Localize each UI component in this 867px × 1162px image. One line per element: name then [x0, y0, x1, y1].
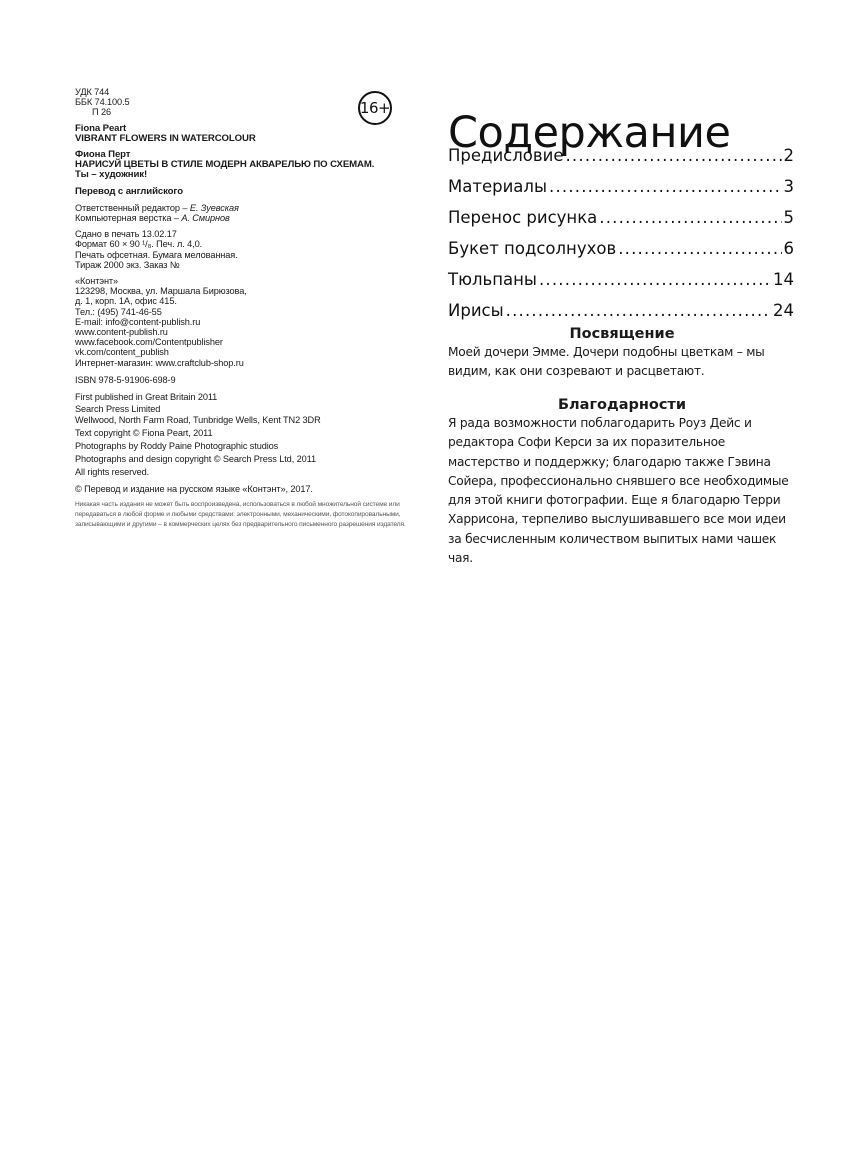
dedication-text: Моей дочери Эмме. Дочери подобны цветкам… [448, 343, 796, 382]
acknowledgements-text: Я рада возможности поблагодарить Роуз Де… [448, 414, 796, 568]
toc-entry: Букет подсолнухов6 [448, 239, 794, 270]
publisher-website: www.content-publish.ru [75, 327, 420, 337]
toc-entry-page: 24 [773, 301, 794, 320]
first-published: First published in Great Britain 2011 [75, 391, 420, 404]
original-edition-info: ISBN 978-5-91906-698-9 First published i… [75, 374, 420, 497]
original-publisher: Search Press Limited [75, 404, 420, 415]
toc-entry: Тюльпаны14 [448, 270, 794, 301]
toc-leader-dots [549, 177, 782, 196]
imprint-block: УДК 744 ББК 74.100.5 П 26 Fiona Peart VI… [75, 87, 420, 529]
toc-entry-label: Предисловие [448, 146, 563, 165]
layout-name: А. Смирнов [181, 213, 229, 223]
print-date: Сдано в печать 13.02.17 [75, 229, 420, 239]
dedication-heading: Посвящение [448, 325, 796, 343]
toc-entry-page: 14 [773, 270, 794, 289]
publisher-address-2: д. 1, корп. 1А, офис 415. [75, 296, 420, 306]
toc-leader-dots [506, 301, 771, 320]
layout-credit: Компьютерная верстка – А. Смирнов [75, 213, 420, 223]
table-of-contents: Предисловие2Материалы3Перенос рисунка5Бу… [448, 146, 794, 332]
toc-entry-label: Тюльпаны [448, 270, 537, 289]
acknowledgements-section: Благодарности Я рада возможности поблаго… [448, 396, 796, 568]
print-format: Формат 60 × 90 ¹/₈. Печ. л. 4,0. [75, 239, 420, 249]
toc-leader-dots [618, 239, 781, 258]
toc-entry-label: Материалы [448, 177, 547, 196]
toc-entry: Материалы3 [448, 177, 794, 208]
toc-entry-label: Ирисы [448, 301, 504, 320]
editor-credit: Ответственный редактор – Е. Зуевская [75, 203, 420, 213]
publisher-facebook: www.facebook.com/Contentpublisher [75, 337, 420, 347]
legal-notice: Никакая часть издания не может быть восп… [75, 500, 425, 529]
publisher-name: «Контэнт» [75, 276, 420, 286]
circulation: Тираж 2000 экз. Заказ № [75, 260, 420, 270]
layout-label: Компьютерная верстка – [75, 213, 181, 223]
russian-copyright: © Перевод и издание на русском языке «Ко… [75, 483, 420, 496]
toc-entry-label: Букет подсолнухов [448, 239, 616, 258]
publisher-email: E-mail: info@content-publish.ru [75, 317, 420, 327]
publisher-vk: vk.com/content_publish [75, 347, 420, 357]
original-publisher-address: Wellwood, North Farm Road, Tunbridge Wel… [75, 414, 420, 427]
publisher-address-1: 123298, Москва, ул. Маршала Бирюзова, [75, 286, 420, 296]
paper-type: Печать офсетная. Бумага мелованная. [75, 250, 420, 260]
toc-leader-dots [599, 208, 781, 227]
toc-entry: Перенос рисунка5 [448, 208, 794, 239]
photographs-credit: Photographs by Roddy Paine Photographic … [75, 440, 420, 453]
subtitle-ru: Ты – художник! [75, 170, 420, 180]
toc-entry-page: 5 [784, 208, 795, 227]
acknowledgements-heading: Благодарности [448, 396, 796, 414]
text-copyright: Text copyright © Fiona Peart, 2011 [75, 427, 420, 440]
toc-entry-page: 3 [784, 177, 795, 196]
toc-entry: Предисловие2 [448, 146, 794, 177]
toc-leader-dots [539, 270, 771, 289]
all-rights-reserved: All rights reserved. [75, 466, 420, 479]
original-title: VIBRANT FLOWERS IN WATERCOLOUR [75, 134, 420, 144]
design-copyright: Photographs and design copyright © Searc… [75, 453, 420, 466]
editor-label: Ответственный редактор – [75, 203, 190, 213]
editor-name: Е. Зуевская [190, 203, 239, 213]
age-rating-badge: 16+ [358, 91, 392, 125]
toc-entry-label: Перенос рисунка [448, 208, 597, 227]
translation-note: Перевод с английского [75, 187, 420, 197]
isbn: ISBN 978-5-91906-698-9 [75, 374, 420, 387]
publisher-phone: Тел.: (495) 741-46-55 [75, 307, 420, 317]
toc-leader-dots [565, 146, 781, 165]
dedication-section: Посвящение Моей дочери Эмме. Дочери подо… [448, 325, 796, 382]
publisher-shop: Интернет-магазин: www.craftclub-shop.ru [75, 358, 420, 368]
toc-entry-page: 6 [784, 239, 795, 258]
toc-entry-page: 2 [784, 146, 795, 165]
